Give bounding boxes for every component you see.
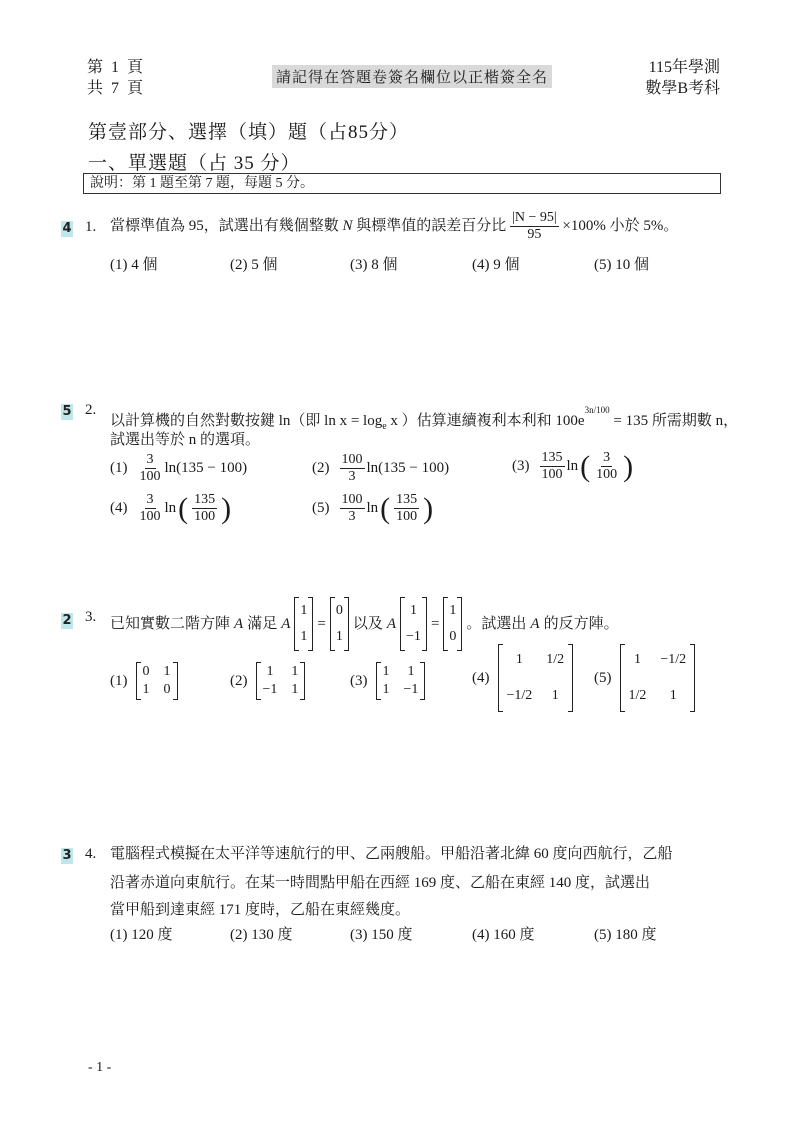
option-expression: ln(135 − 100) [165,460,248,477]
matrix-entry: 1 [507,652,533,668]
fraction-denominator: 100 [540,467,565,483]
q2-text-part: 以計算機的自然對數按鍵 ln（即 ln x = log [110,413,382,429]
option-expression: ln [367,500,379,517]
q3-text-part: 以及 [353,612,383,636]
matrix-entry: 1 [660,688,686,704]
page-number: 1 [111,57,119,78]
matrix-entry: 1/2 [629,688,647,704]
q3-text-part: 的反方陣。 [544,612,619,636]
inner-fraction: 135100 [192,492,217,525]
page-unit: 頁 [127,57,143,78]
matrix-entry: 1 [546,688,564,704]
page-counter: 第 1 頁 共 7 頁 [87,57,143,99]
vector-entry: 1 [406,599,421,623]
matrix-entry: −1 [404,682,419,698]
answer-badge-q1: 4 [61,221,73,237]
option-expression: ln [165,500,177,517]
fraction-numerator: 100 [340,492,365,509]
matrix-var: A [387,612,396,636]
matrix-entry: 1 [164,664,171,680]
vector-entry: 1 [449,599,456,623]
option-matrix: 11/2−1/21 [498,644,574,712]
option-fraction: 1003 [340,452,365,485]
q3-text-part: 滿足 [247,612,277,636]
option-fraction: 3100 [138,492,163,525]
fraction-denominator: 95 [525,227,543,243]
question-number-q3: 3. [85,609,96,626]
question-number-q2: 2. [85,402,96,419]
signature-notice: 請記得在答題卷簽名欄位以正楷簽全名 [272,65,552,88]
matrix-entry: 1/2 [546,652,564,668]
total-pages: 7 [111,78,119,99]
matrix-entry: 1 [291,682,298,698]
total-unit: 頁 [127,78,143,99]
inner-fraction: 135100 [394,492,419,525]
vector-entry: 0 [449,625,456,649]
matrix-entry: 1 [404,664,419,680]
fraction-numerator: 135 [540,450,565,467]
question-number-q4: 4. [85,846,96,863]
answer-badge-q4: 3 [61,848,73,864]
option-q4-4[interactable]: (4) 160 度 [472,923,535,944]
fraction-denominator: 3 [347,509,358,525]
option-fraction: 1003 [340,492,365,525]
option-q1-1[interactable]: (1) 4 個 [110,253,158,274]
exam-year: 115年學測 [640,57,720,78]
q3-text-part: 。試選出 [466,612,526,636]
exponent: 3n/100 [585,405,610,415]
right-paren: ) [221,494,231,524]
q1-text-part: ×100% 小於 5%。 [562,218,678,234]
option-matrix: 11−11 [256,662,306,700]
option-q4-5[interactable]: (5) 180 度 [594,923,657,944]
result-2: 10 [443,597,462,651]
matrix-entry: 0 [164,682,171,698]
option-expression: ln(135 − 100) [367,460,450,477]
option-label: (4) [110,500,128,517]
option-q3-5[interactable]: (5) 1−1/21/21 [594,644,695,712]
vector-1: 11 [294,597,313,651]
matrix-entry: −1/2 [507,688,533,704]
vector-entry: 1 [300,599,307,623]
question-text-q4-line1: 電腦程式模擬在太平洋等速航行的甲、乙兩艘船。甲船沿著北緯 60 度向西航行，乙船 [110,842,673,866]
option-q1-5[interactable]: (5) 10 個 [594,253,649,274]
option-label: (2) [312,460,330,477]
option-expression: ln [567,458,579,475]
fraction-numerator: 3 [601,450,612,467]
option-q3-1[interactable]: (1) 0110 [110,662,178,700]
inner-fraction: 3100 [594,450,619,483]
question-text-q4-line2: 沿著赤道向東航行。在某一時間點甲船在西經 169 度、乙船在東經 140 度，試… [110,871,650,895]
vector-entry: 1 [336,625,343,649]
option-q2-1[interactable]: (1) 3100 ln(135 − 100) [110,452,247,485]
q1-text-part: 當標準值為 95，試選出有幾個整數 [110,218,339,234]
option-q2-4[interactable]: (4) 3100 ln ( 135100 ) [110,492,231,525]
result-1: 01 [330,597,349,651]
fraction-denominator: 3 [347,469,358,485]
option-q4-3[interactable]: (3) 150 度 [350,923,413,944]
equals: = [431,612,439,636]
error-fraction: |N − 95| 95 [510,210,559,243]
right-paren: ) [423,494,433,524]
matrix-var: A [281,612,290,636]
vector-entry: −1 [406,625,421,649]
option-q1-3[interactable]: (3) 8 個 [350,253,398,274]
q3-text-part: 已知實數二階方陣 [110,612,230,636]
exam-info: 115年學測 數學B考科 [640,57,720,99]
matrix-entry: −1/2 [660,652,686,668]
option-label: (4) [472,670,490,687]
option-q3-3[interactable]: (3) 111−1 [350,662,425,700]
option-label: (3) [512,458,530,475]
fraction-denominator: 100 [594,467,619,483]
option-q2-2[interactable]: (2) 1003 ln(135 − 100) [312,452,449,485]
matrix-entry: 0 [143,664,150,680]
option-q1-4[interactable]: (4) 9 個 [472,253,520,274]
question-text-q4-line3: 當甲船到達東經 171 度時，乙船在東經幾度。 [110,898,410,922]
instruction-box: 說明：第 1 題至第 7 題，每題 5 分。 [83,173,721,194]
left-paren: ( [380,494,390,524]
total-label: 共 [87,78,103,99]
left-paren: ( [178,494,188,524]
vector-entry: 1 [300,625,307,649]
fraction-numerator: 135 [192,492,217,509]
fraction-numerator: 135 [394,492,419,509]
page-indicator: - 1 - [88,1060,111,1076]
vector-2: 1−1 [400,597,427,651]
equals: = [317,612,325,636]
matrix-entry: −1 [263,682,278,698]
option-q3-2[interactable]: (2) 11−11 [230,662,305,700]
page-label: 第 [87,57,103,78]
fraction-denominator: 100 [138,469,163,485]
right-paren: ) [623,452,633,482]
option-label: (2) [230,673,248,690]
q1-variable: N [343,218,353,234]
matrix-entry: 1 [263,664,278,680]
option-q3-4[interactable]: (4) 11/2−1/21 [472,644,573,712]
option-fraction: 3100 [138,452,163,485]
matrix-entry: 1 [383,682,390,698]
fraction-numerator: 3 [145,452,156,469]
option-q4-1[interactable]: (1) 120 度 [110,923,173,944]
fraction-numerator: 100 [340,452,365,469]
question-text-q3: 已知實數二階方陣 A 滿足 A 11 = 01 以及 A 1−1 = 10 。試… [110,597,619,651]
fraction-denominator: 100 [192,509,217,525]
option-fraction: 135100 [540,450,565,483]
matrix-entry: 1 [629,652,647,668]
option-q4-2[interactable]: (2) 130 度 [230,923,293,944]
q1-text-part: 與標準值的誤差百分比 [356,218,506,234]
fraction-numerator: |N − 95| [510,210,559,227]
exam-subject: 數學B考科 [640,78,720,99]
option-label: (1) [110,673,128,690]
left-paren: ( [580,452,590,482]
matrix-entry: 1 [143,682,150,698]
answer-badge-q2: 5 [61,404,73,420]
option-matrix: 1−1/21/21 [620,644,696,712]
section-title: 第壹部分、選擇（填）題（占85分） [88,117,409,144]
matrix-entry: 1 [383,664,390,680]
vector-entry: 0 [336,599,343,623]
fraction-denominator: 100 [138,509,163,525]
fraction-denominator: 100 [394,509,419,525]
option-label: (5) [594,670,612,687]
subsection-title: 一、單選題（占 35 分） [88,148,301,175]
option-label: (5) [312,500,330,517]
answer-badge-q3: 2 [61,613,73,629]
question-number-q1: 1. [85,219,96,236]
matrix-var: A [234,612,243,636]
question-text-q2-line2: 試選出等於 n 的選項。 [110,428,260,452]
fraction-numerator: 3 [145,492,156,509]
option-q2-5[interactable]: (5) 1003 ln ( 135100 ) [312,492,433,525]
option-matrix: 0110 [136,662,178,700]
matrix-entry: 1 [291,664,298,680]
question-text-q1: 當標準值為 95，試選出有幾個整數 N 與標準值的誤差百分比 |N − 95| … [110,210,678,243]
option-matrix: 111−1 [376,662,426,700]
q2-text-part: x ）估算連續複利本利和 100e [387,413,585,429]
q2-text-part: = 135 所需期數 n， [610,413,738,429]
option-label: (1) [110,460,128,477]
option-q1-2[interactable]: (2) 5 個 [230,253,278,274]
matrix-var: A [530,612,539,636]
option-label: (3) [350,673,368,690]
option-q2-3[interactable]: (3) 135100 ln ( 3100 ) [512,450,633,483]
